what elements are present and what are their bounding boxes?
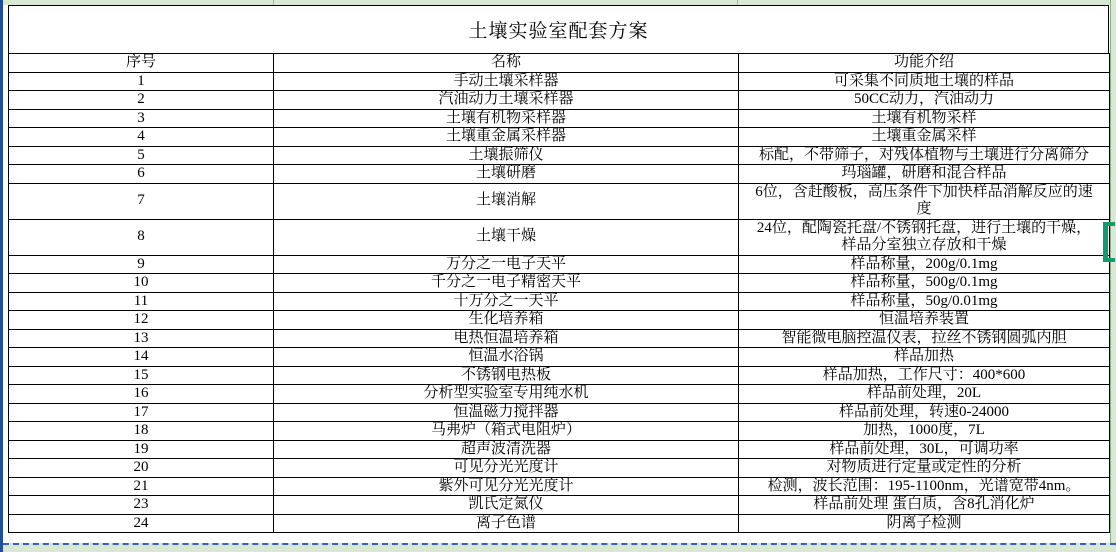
cell-index[interactable]: 16 [9,385,274,404]
cell-name[interactable]: 土壤重金属采样器 [274,128,739,147]
cell-function[interactable]: 样品前处理，20L [739,385,1110,404]
cell-name[interactable]: 土壤消解 [274,183,739,219]
cell-index[interactable]: 20 [9,459,274,478]
cell-name[interactable]: 不锈钢电热板 [274,366,739,385]
header-cell-index[interactable]: 序号 [9,54,274,73]
table-row: 23 凯氏定氮仪 样品前处理 蛋白质，含8孔消化炉 [9,496,1110,515]
table-row: 17 恒温磁力搅拌器 样品前处理，转速0-24000 [9,403,1110,422]
table-row: 12 生化培养箱 恒温培养装置 [9,311,1110,330]
table-row: 11 十万分之一天平 样品称量，50g/0.01mg [9,292,1110,311]
cell-index[interactable]: 7 [9,183,274,219]
cell-name[interactable]: 土壤干燥 [274,219,739,255]
cell-index[interactable]: 18 [9,422,274,441]
table-row: 21 紫外可见分光光度计 检测，波长范围：195-1100nm，光谱宽带4nm。 [9,477,1110,496]
table-row: 2 汽油动力土壤采样器 50CC动力，汽油动力 [9,91,1110,110]
cell-name[interactable]: 千分之一电子精密天平 [274,274,739,293]
cell-index[interactable]: 13 [9,329,274,348]
cell-function[interactable]: 加热，1000度，7L [739,422,1110,441]
collaborator-selection-marker [1103,222,1115,262]
equipment-table: 序号 名称 功能介绍 1 手动土壤采样器 可采集不同质地土壤的样品 2 汽油动力… [8,53,1110,533]
cell-index[interactable]: 5 [9,146,274,165]
cell-index[interactable]: 1 [9,72,274,91]
cell-function[interactable]: 土壤重金属采样 [739,128,1110,147]
table-row: 10 千分之一电子精密天平 样品称量，500g/0.1mg [9,274,1110,293]
cell-name[interactable]: 恒温水浴锅 [274,348,739,367]
table-row: 14 恒温水浴锅 样品加热 [9,348,1110,367]
cell-index[interactable]: 12 [9,311,274,330]
cell-function[interactable]: 玛瑙罐，研磨和混合样品 [739,165,1110,184]
header-row: 序号 名称 功能介绍 [9,54,1110,73]
table-row: 24 离子色谱 阴离子检测 [9,514,1110,533]
cell-function[interactable]: 对物质进行定量或定性的分析 [739,459,1110,478]
cell-index[interactable]: 21 [9,477,274,496]
worksheet: 土壤实验室配套方案 序号 名称 功能介绍 1 手动土壤采样器 可采集不同质地土壤… [8,5,1109,533]
table-row: 7 土壤消解 6位，含赶酸板，高压条件下加快样品消解反应的速 度 [9,183,1110,219]
right-margin-strip [1110,0,1116,552]
cell-name[interactable]: 手动土壤采样器 [274,72,739,91]
cell-function[interactable]: 可采集不同质地土壤的样品 [739,72,1110,91]
cell-index[interactable]: 8 [9,219,274,255]
cell-name[interactable]: 土壤研磨 [274,165,739,184]
cell-function[interactable]: 标配，不带筛子，对残体植物与土壤进行分离筛分 [739,146,1110,165]
cell-name[interactable]: 可见分光光度计 [274,459,739,478]
table-row: 8 土壤干燥 24位，配陶瓷托盘/不锈钢托盘，进行土壤的干燥， 样品分室独立存放… [9,219,1110,255]
table-body: 1 手动土壤采样器 可采集不同质地土壤的样品 2 汽油动力土壤采样器 50CC动… [9,72,1110,533]
cell-function[interactable]: 50CC动力，汽油动力 [739,91,1110,110]
cell-function[interactable]: 土壤有机物采样 [739,109,1110,128]
cell-function[interactable]: 检测，波长范围：195-1100nm，光谱宽带4nm。 [739,477,1110,496]
header-cell-name[interactable]: 名称 [274,54,739,73]
cell-index[interactable]: 14 [9,348,274,367]
spreadsheet-window: 土壤实验室配套方案 序号 名称 功能介绍 1 手动土壤采样器 可采集不同质地土壤… [0,0,1116,552]
cell-index[interactable]: 4 [9,128,274,147]
table-row: 4 土壤重金属采样器 土壤重金属采样 [9,128,1110,147]
cell-function[interactable]: 恒温培养装置 [739,311,1110,330]
cell-name[interactable]: 恒温磁力搅拌器 [274,403,739,422]
cell-name[interactable]: 离子色谱 [274,514,739,533]
cell-index[interactable]: 3 [9,109,274,128]
table-row: 9 万分之一电子天平 样品称量，200g/0.1mg [9,255,1110,274]
header-cell-function[interactable]: 功能介绍 [739,54,1110,73]
cell-name[interactable]: 电热恒温培养箱 [274,329,739,348]
cell-index[interactable]: 6 [9,165,274,184]
cell-function[interactable]: 样品前处理，30L，可调功率 [739,440,1110,459]
cell-name[interactable]: 土壤振筛仪 [274,146,739,165]
table-row: 15 不锈钢电热板 样品加热，工作尺寸：400*600 [9,366,1110,385]
cell-index[interactable]: 11 [9,292,274,311]
cell-function[interactable]: 阴离子检测 [739,514,1110,533]
cell-name[interactable]: 马弗炉（箱式电阻炉） [274,422,739,441]
cell-name[interactable]: 分析型实验室专用纯水机 [274,385,739,404]
cell-function[interactable]: 样品称量，500g/0.1mg [739,274,1110,293]
table-row: 5 土壤振筛仪 标配，不带筛子，对残体植物与土壤进行分离筛分 [9,146,1110,165]
sheet-title-cell[interactable]: 土壤实验室配套方案 [8,5,1109,53]
cell-index[interactable]: 2 [9,91,274,110]
table-row: 16 分析型实验室专用纯水机 样品前处理，20L [9,385,1110,404]
cell-function[interactable]: 样品加热，工作尺寸：400*600 [739,366,1110,385]
cell-function[interactable]: 样品加热 [739,348,1110,367]
page-break-dashed-line [3,543,1116,552]
cell-index[interactable]: 19 [9,440,274,459]
cell-function[interactable]: 智能微电脑控温仪表，拉丝不锈钢圆弧内胆 [739,329,1110,348]
cell-function[interactable]: 样品前处理，转速0-24000 [739,403,1110,422]
cell-name[interactable]: 万分之一电子天平 [274,255,739,274]
table-row: 3 土壤有机物采样器 土壤有机物采样 [9,109,1110,128]
cell-index[interactable]: 24 [9,514,274,533]
cell-function[interactable]: 24位，配陶瓷托盘/不锈钢托盘，进行土壤的干燥， 样品分室独立存放和干燥 [739,219,1110,255]
cell-index[interactable]: 10 [9,274,274,293]
cell-function[interactable]: 样品前处理 蛋白质，含8孔消化炉 [739,496,1110,515]
cell-name[interactable]: 凯氏定氮仪 [274,496,739,515]
table-row: 18 马弗炉（箱式电阻炉） 加热，1000度，7L [9,422,1110,441]
table-row: 6 土壤研磨 玛瑙罐，研磨和混合样品 [9,165,1110,184]
cell-index[interactable]: 9 [9,255,274,274]
cell-function[interactable]: 样品称量，200g/0.1mg [739,255,1110,274]
cell-name[interactable]: 生化培养箱 [274,311,739,330]
cell-function[interactable]: 6位，含赶酸板，高压条件下加快样品消解反应的速 度 [739,183,1110,219]
cell-index[interactable]: 15 [9,366,274,385]
cell-index[interactable]: 23 [9,496,274,515]
table-row: 1 手动土壤采样器 可采集不同质地土壤的样品 [9,72,1110,91]
cell-name[interactable]: 十万分之一天平 [274,292,739,311]
cell-index[interactable]: 17 [9,403,274,422]
window-left-border [0,0,3,552]
cell-name[interactable]: 紫外可见分光光度计 [274,477,739,496]
table-row: 13 电热恒温培养箱 智能微电脑控温仪表，拉丝不锈钢圆弧内胆 [9,329,1110,348]
cell-name[interactable]: 土壤有机物采样器 [274,109,739,128]
table-row: 19 超声波清洗器 样品前处理，30L，可调功率 [9,440,1110,459]
cell-function[interactable]: 样品称量，50g/0.01mg [739,292,1110,311]
cell-name[interactable]: 超声波清洗器 [274,440,739,459]
table-row: 20 可见分光光度计 对物质进行定量或定性的分析 [9,459,1110,478]
cell-name[interactable]: 汽油动力土壤采样器 [274,91,739,110]
